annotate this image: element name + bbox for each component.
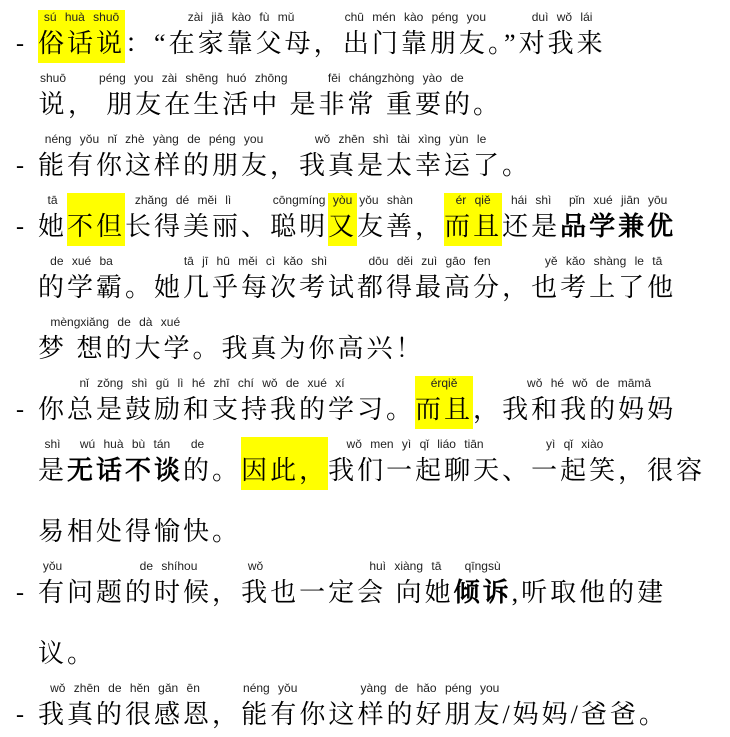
ruby-segment: 。 (473, 71, 502, 124)
ruby-segment: néng yǒu nǐ zhè yàng de péng you能有你这样的朋友 (38, 132, 270, 185)
ruby-segment: huì xiàng tā会 向她 (357, 559, 454, 612)
hanzi-text: 非常 重要的 (319, 86, 474, 124)
text-line: -tā她 不但zhǎng dé měi lì长得美丽 、cōngmíng聪明yò… (16, 185, 724, 246)
hanzi-text: 俗话说 (38, 25, 125, 63)
pinyin-text (298, 71, 310, 86)
ruby-segment-highlighted: ér qiě而且 (444, 193, 502, 246)
ruby-segment: de的 (183, 437, 212, 490)
pinyin-text: sú huà shuō (42, 10, 121, 25)
list-marker: - (16, 391, 38, 429)
document-body: -sú huà shuō俗话说 ： “zài jiā kào fù mǔ在家靠父… (0, 0, 730, 734)
text-line: -nǐ zǒng shì gǔ lì hé zhī chí wǒ de xué … (16, 368, 724, 429)
ruby-segment: ， (502, 254, 531, 307)
pinyin-text: pǐn xué jiān yōu (567, 193, 669, 208)
pinyin-text: ér qiě (454, 193, 493, 208)
hanzi-text: ， (68, 86, 97, 124)
hanzi-text: 。 (125, 269, 154, 307)
pinyin-text: néng yǒu nǐ zhè yàng de péng you (43, 132, 265, 147)
hanzi-text: 在家靠父母 (169, 25, 314, 63)
pinyin-text (220, 681, 232, 696)
pinyin-text (133, 10, 145, 25)
ruby-segment-highlighted: 不但 (67, 193, 125, 246)
hanzi-text: 又 (328, 208, 357, 246)
pinyin-text: wǒ (246, 559, 265, 574)
pinyin-text: yǒu shàn (357, 193, 415, 208)
pinyin-text: shì (43, 437, 63, 452)
hanzi-text: 我真是太幸运了 (299, 147, 502, 185)
pinyin-text: yǒu (41, 559, 64, 574)
ruby-segment: /妈妈/爸爸。 (502, 681, 667, 734)
hanzi-text: 。” (488, 25, 519, 63)
hanzi-text: 因此， (241, 452, 328, 490)
hanzi-text: ,听取他的建 (512, 574, 667, 612)
ruby-segment: wǒ我 (241, 559, 270, 612)
hanzi-text: 会 向她 (357, 574, 454, 612)
hanzi-text: 是 (38, 452, 67, 490)
text-line: -néng yǒu nǐ zhè yàng de péng you能有你这样的朋… (16, 124, 724, 185)
pinyin-text (302, 315, 314, 330)
ruby-segment: ， (212, 681, 241, 734)
hanzi-text: 的 (183, 452, 212, 490)
pinyin-text (322, 10, 334, 25)
hanzi-text: 的学霸 (38, 269, 125, 307)
hanzi-text: 而且 (444, 208, 502, 246)
pinyin-text (655, 437, 667, 452)
pinyin-text: néng yǒu (241, 681, 299, 696)
ruby-segment: ， (270, 132, 299, 185)
list-marker: - (16, 25, 38, 63)
pinyin-text: de shíhou (138, 559, 200, 574)
ruby-segment-highlighted: sú huà shuō俗话说 (38, 10, 125, 63)
ruby-segment: shuō说 (38, 71, 68, 124)
ruby-segment: 你这 (299, 681, 357, 734)
pinyin-text: dōu děi zuì gāo fen (367, 254, 493, 269)
hanzi-text: ， (415, 208, 444, 246)
ruby-segment: dōu děi zuì gāo fen都得最高分 (357, 254, 502, 307)
ruby-segment: 。 (386, 376, 415, 429)
ruby-segment: wǒ zhēn de hěn gǎn ēn我真的很感恩 (38, 681, 212, 734)
ruby-segment: pǐn xué jiān yōu品学兼优 (560, 193, 676, 246)
pinyin-text: cōngmíng (271, 193, 328, 208)
ruby-segment: 。 (125, 254, 154, 307)
pinyin-text: wǒ hé wǒ de māmā (525, 376, 653, 391)
hanzi-text: 朋友在生活中 (106, 86, 280, 124)
ruby-segment: wǒ men yì qǐ liáo tiān我们一起聊天 (328, 437, 502, 490)
pinyin-text (61, 620, 73, 635)
hanzi-text: 。我真为你高兴！ (193, 330, 425, 368)
ruby-segment: ， (314, 10, 343, 63)
pinyin-text (497, 10, 509, 25)
pinyin-text: chū mén kào péng you (343, 10, 488, 25)
pinyin-text: shuō (38, 71, 68, 86)
hanzi-text: 出门靠朋友 (343, 25, 488, 63)
pinyin-text (510, 254, 522, 269)
hanzi-text: 。 (473, 86, 502, 124)
ruby-segment: yàng de hǎo péng you样的好朋友 (357, 681, 502, 734)
list-marker: - (16, 574, 38, 612)
ruby-segment: zhǎng dé měi lì长得美丽 (125, 193, 241, 246)
ruby-segment: yǒu有 (38, 559, 67, 612)
ruby-segment: “ (154, 10, 169, 63)
pinyin-text (394, 376, 406, 391)
hanzi-text: 。 (386, 391, 415, 429)
ruby-segment: 。我真为你高兴！ (193, 315, 425, 368)
hanzi-text: 你总是鼓励和支持我的学习 (38, 391, 386, 429)
pinyin-text: yòu (331, 193, 354, 208)
pinyin-text: zhǎng dé měi lì (133, 193, 233, 208)
ruby-segment: 。” (488, 10, 519, 63)
ruby-segment: ,听取他的建 (512, 559, 667, 612)
ruby-segment: hái shì还是 (502, 193, 560, 246)
pinyin-text: wǒ men yì qǐ liáo tiān (345, 437, 486, 452)
hanzi-text: 不但 (67, 208, 125, 246)
ruby-segment: ， (473, 376, 502, 429)
pinyin-text: de xué ba (48, 254, 115, 269)
ruby-segment: wǒ hé wǒ de māmā我和我的妈妈 (502, 376, 676, 429)
ruby-segment: qīngsù倾诉 (454, 559, 512, 612)
pinyin-text: hái shì (509, 193, 553, 208)
hanzi-text: 、 (502, 452, 531, 490)
hanzi-text: ： (125, 25, 154, 63)
hanzi-text: 对我来 (519, 25, 606, 63)
pinyin-text (423, 193, 435, 208)
hanzi-text: 一起笑 (531, 452, 618, 490)
pinyin-text (322, 681, 334, 696)
hanzi-text: 也考上了他 (531, 269, 676, 307)
hanzi-text: 我 (241, 574, 270, 612)
ruby-segment: 是 (290, 71, 319, 124)
hanzi-text: ， (314, 25, 343, 63)
hanzi-text: 我真的很感恩 (38, 696, 212, 734)
ruby-segment: ，很容 (618, 437, 705, 490)
hanzi-text: 的时候 (125, 574, 212, 612)
hanzi-text: 易相处得愉快。 (38, 513, 241, 551)
ruby-segment: shì是 (38, 437, 67, 490)
hanzi-text: 是 (290, 86, 319, 124)
hanzi-text: 我们一起聊天 (328, 452, 502, 490)
ruby-segment: cōngmíng聪明 (270, 193, 328, 246)
pinyin-text: péng you zài shēng huó zhōng (97, 71, 289, 86)
pinyin-text: duì wǒ lái (530, 10, 595, 25)
hanzi-text: 无话不谈 (67, 452, 183, 490)
text-line: -wǒ zhēn de hěn gǎn ēn我真的很感恩 ，néng yǒu能有… (16, 673, 724, 734)
hanzi-text: 问题 (67, 574, 125, 612)
ruby-segment: péng you zài shēng huó zhōng朋友在生活中 (97, 71, 289, 124)
ruby-segment: yì qǐ xiào一起笑 (531, 437, 618, 490)
ruby-segment: ， (68, 71, 97, 124)
pinyin-text (579, 681, 591, 696)
ruby-segment: yǒu shàn友善 (357, 193, 415, 246)
pinyin-text: wǒ zhēn shì tài xìng yùn le (313, 132, 488, 147)
pinyin-text (510, 437, 522, 452)
ruby-segment: 。 (502, 132, 531, 185)
ruby-segment: fēi chángzhòng yào de非常 重要的 (319, 71, 474, 124)
ruby-segment: zài jiā kào fù mǔ在家靠父母 (169, 10, 314, 63)
ruby-segment: ， (415, 193, 444, 246)
hanzi-text: 长得美丽 (125, 208, 241, 246)
ruby-segment: ， (212, 559, 241, 612)
ruby-segment: yě kǎo shàng le tā也考上了他 (531, 254, 676, 307)
ruby-segment: 、 (241, 193, 270, 246)
pinyin-text: wǒ zhēn de hěn gǎn ēn (48, 681, 202, 696)
text-line: -sú huà shuō俗话说 ： “zài jiā kào fù mǔ在家靠父… (16, 2, 724, 63)
pinyin-text (133, 254, 145, 269)
hanzi-text: 样的好朋友 (357, 696, 502, 734)
pinyin-text: yàng de hǎo péng you (359, 681, 502, 696)
list-marker: - (16, 147, 38, 185)
ruby-segment: nǐ zǒng shì gǔ lì hé zhī chí wǒ de xué x… (38, 376, 386, 429)
hanzi-text: /妈妈/爸爸。 (502, 696, 667, 734)
pinyin-text: yì qǐ xiào (544, 437, 605, 452)
hanzi-text: ， (270, 147, 299, 185)
pinyin-text: huì xiàng tā (367, 559, 443, 574)
pinyin-text (90, 193, 102, 208)
hanzi-text: ， (212, 574, 241, 612)
hanzi-text: 说 (39, 86, 68, 124)
text-line: de xué ba的学霸 。tā jī hū měi cì kǎo shì她几乎… (16, 246, 724, 307)
hanzi-text: ，很容 (618, 452, 705, 490)
hanzi-text: 她几乎每次考试 (154, 269, 357, 307)
hanzi-text: 。 (502, 147, 531, 185)
hanzi-text: 还是 (502, 208, 560, 246)
ruby-segment: 问题 (67, 559, 125, 612)
ruby-segment: mèngxiǎng de dà xué梦 想的大学 (38, 315, 193, 368)
hanzi-text: “ (154, 25, 169, 63)
pinyin-text (155, 10, 167, 25)
hanzi-text: 能有 (241, 696, 299, 734)
pinyin-text: wú huà bù tán (78, 437, 172, 452)
hanzi-text: 有 (38, 574, 67, 612)
pinyin-text: tā jī hū měi cì kǎo shì (182, 254, 329, 269)
ruby-segment: tā她 (38, 193, 67, 246)
ruby-segment-highlighted: yòu又 (328, 193, 357, 246)
ruby-segment: chū mén kào péng you出门靠朋友 (343, 10, 488, 63)
text-line: mèngxiǎng de dà xué梦 想的大学 。我真为你高兴！ (16, 307, 724, 368)
hanzi-text: 而且 (415, 391, 473, 429)
hanzi-text: 品学兼优 (560, 208, 676, 246)
text-line: 易相处得愉快。 (16, 490, 724, 551)
hanzi-text: 议。 (38, 635, 96, 673)
ruby-segment: 易相处得愉快。 (38, 498, 241, 551)
pinyin-text: yě kǎo shàng le tā (543, 254, 664, 269)
pinyin-text: tā (46, 193, 60, 208)
ruby-segment-highlighted: érqiě而且 (415, 376, 473, 429)
hanzi-text: 都得最高分 (357, 269, 502, 307)
pinyin-text (133, 498, 145, 513)
ruby-segment: 议。 (38, 620, 96, 673)
pinyin-text: érqiě (429, 376, 460, 391)
list-marker: - (16, 696, 38, 734)
hanzi-text: 她 (38, 208, 67, 246)
text-line: shuō说 ，péng you zài shēng huó zhōng朋友在生活… (16, 63, 724, 124)
text-line: shì是wú huà bù tán无话不谈de的 。 因此，wǒ men yì … (16, 429, 724, 490)
ruby-segment: wú huà bù tán无话不谈 (67, 437, 183, 490)
ruby-segment: de shíhou的时候 (125, 559, 212, 612)
ruby-segment: duì wǒ lái对我来 (519, 10, 606, 63)
pinyin-text (76, 71, 88, 86)
ruby-segment: 也一定 (270, 559, 357, 612)
pinyin-text: de (189, 437, 206, 452)
hanzi-text: 。 (212, 452, 241, 490)
hanzi-text: 、 (241, 208, 270, 246)
pinyin-text (249, 193, 261, 208)
ruby-segment: ： (125, 10, 154, 63)
hanzi-text: 聪明 (270, 208, 328, 246)
ruby-segment: néng yǒu能有 (241, 681, 299, 734)
pinyin-text (307, 559, 319, 574)
pinyin-text (220, 559, 232, 574)
pinyin-text (278, 132, 290, 147)
hanzi-text: 梦 想的大学 (38, 330, 193, 368)
pinyin-text (481, 71, 493, 86)
hanzi-text: ， (212, 696, 241, 734)
ruby-segment-highlighted: 因此， (241, 437, 328, 490)
pinyin-text: qīngsù (463, 559, 503, 574)
hanzi-text: 你这 (299, 696, 357, 734)
hanzi-text: 友善 (357, 208, 415, 246)
pinyin-text: nǐ zǒng shì gǔ lì hé zhī chí wǒ de xué x… (77, 376, 346, 391)
text-line: 议。 (16, 612, 724, 673)
pinyin-text (510, 132, 522, 147)
hanzi-text: 倾诉 (454, 574, 512, 612)
list-marker: - (16, 208, 38, 246)
hanzi-text: ， (473, 391, 502, 429)
pinyin-text (220, 437, 232, 452)
pinyin-text: zài jiā kào fù mǔ (186, 10, 297, 25)
hanzi-text: 能有你这样的朋友 (38, 147, 270, 185)
text-line: -yǒu有 问题de shíhou的时候 ，wǒ我 也一定huì xiàng t… (16, 551, 724, 612)
ruby-segment: 。 (212, 437, 241, 490)
pinyin-text (583, 559, 595, 574)
hanzi-text: 也一定 (270, 574, 357, 612)
hanzi-text: ， (502, 269, 531, 307)
pinyin-text (481, 376, 493, 391)
ruby-segment: tā jī hū měi cì kǎo shì她几乎每次考试 (154, 254, 357, 307)
hanzi-text: 我和我的妈妈 (502, 391, 676, 429)
pinyin-text (90, 559, 102, 574)
pinyin-text: fēi chángzhòng yào de (326, 71, 466, 86)
ruby-segment: wǒ zhēn shì tài xìng yùn le我真是太幸运了 (299, 132, 502, 185)
ruby-segment: 、 (502, 437, 531, 490)
pinyin-text (278, 437, 290, 452)
ruby-segment: de xué ba的学霸 (38, 254, 125, 307)
pinyin-text: mèngxiǎng de dà xué (48, 315, 182, 330)
